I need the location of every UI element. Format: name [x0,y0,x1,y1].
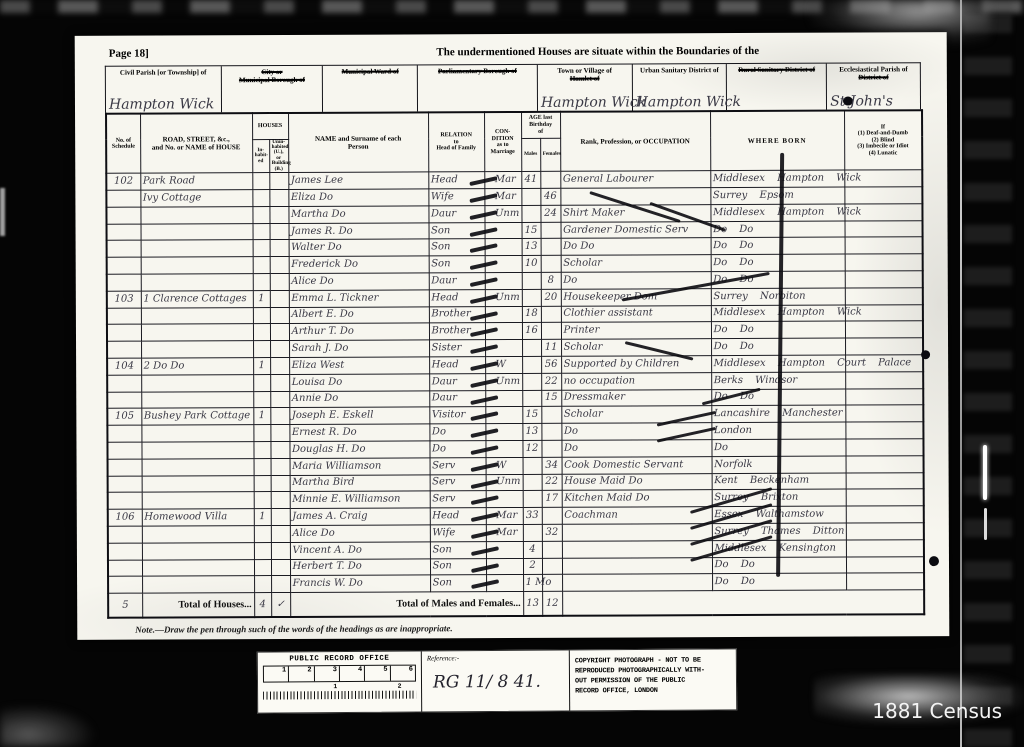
age-male-cell: 18 [522,306,541,323]
census-table: No. of Schedule ROAD, STREET, &c., and N… [105,109,925,618]
road-cell [141,374,253,391]
inhabited-cell [253,223,270,240]
col-header-females: Females [540,138,560,172]
born-cell: Middlesex Hampton Wick [710,170,844,187]
schedule-cell: 105 [107,408,141,425]
film-noise-bottom-left [0,705,95,747]
infirm-cell [846,556,924,573]
condition-cell: Unm [485,373,522,390]
age-male-cell [521,188,540,205]
occupation-cell: Do [561,272,711,289]
total-houses-label: Total of Houses... [142,593,254,617]
col-header-occupation: Rank, Profession, or OCCUPATION [560,111,710,171]
condition-cell [485,256,522,273]
inhabited-cell [252,173,269,190]
name-cell: Albert E. Do [289,306,429,323]
age-female-cell: 22 [541,373,561,390]
total-houses-value: 4 [254,593,271,617]
occupation-cell: Coachman [562,507,712,524]
age-male-cell [522,340,541,357]
born-cell: Kent Beckenham [712,473,846,490]
uninhabited-cell [270,391,289,408]
age-male-cell: 33 [523,508,542,525]
condition-cell [485,323,522,340]
inhabited-cell [252,206,269,223]
inch-mark: 4 [340,666,365,681]
inhabited-cell: 1 [253,408,270,425]
born-cell: Surrey Epsom [710,187,844,204]
film-frame: Page 18] The undermentioned Houses are s… [0,0,1024,747]
age-male-cell: 4 [523,541,542,558]
schedule-cell [107,325,141,342]
age-female-cell [541,323,561,340]
condition-cell [485,424,522,441]
condition-cell [486,558,523,575]
occupation-cell [562,540,712,557]
inch-scale: 1 2 3 4 5 6 [263,665,416,683]
ink-blot [929,556,939,566]
occupation-cell: Shirt Maker [560,204,710,221]
age-male-cell: 13 [522,239,541,256]
uninhabited-cell [270,290,289,307]
infirm-cell [846,573,924,590]
name-cell: Maria Williamson [290,458,430,475]
occupation-cell: Gardener Domestic Serv [561,221,711,238]
schedule-cell [107,341,141,358]
schedule-cell [106,190,140,207]
name-cell: James R. Do [289,222,429,239]
road-cell [141,240,253,257]
name-cell: Minnie E. Williamson [290,491,430,508]
page-title: The undermentioned Houses are situate wi… [105,44,921,60]
road-cell [142,458,254,475]
age-female-cell [541,423,561,440]
name-cell: Vincent A. Do [290,542,430,559]
infirm-cell [845,220,923,237]
schedule-cell: 102 [106,173,140,190]
infirm-cell [846,489,924,506]
name-cell: Louisa Do [289,374,429,391]
film-scratch [0,188,5,236]
col-header-uninhabited: Unin- habited (U.), or Building (B.) [269,139,288,173]
name-cell: Eliza Do [288,189,428,206]
civil-parish-box: Civil Parish [or Township] of Hampton Wi… [106,66,222,113]
occupation-cell: Dressmaker [561,389,711,406]
road-cell: Park Road [140,173,252,190]
road-cell [141,223,253,240]
inhabited-cell [254,526,271,543]
born-cell: Middlesex Hampton Court Palace [711,355,845,372]
born-cell: Do Do [711,237,845,254]
schedule-cell [106,207,140,224]
pro-reference-section: Reference:- RG 11/ 8 41. [422,650,570,711]
occupation-cell: House Maid Do [562,473,712,490]
totals-blank [562,590,924,616]
col-header-born: WHERE BORN [710,111,844,171]
road-cell [141,324,253,341]
condition-cell [485,306,522,323]
age-male-cell [521,205,540,222]
uninhabited-cell [271,492,290,509]
infirm-cell [845,254,923,271]
age-male-cell: 2 [523,558,542,575]
occupation-cell: Supported by Children [561,356,711,373]
reference-label: Reference:- [427,654,564,663]
road-cell: Bushey Park Cottage [141,408,253,425]
road-cell [142,559,254,576]
born-cell: Middlesex Hampton Wick [711,305,845,322]
age-female-cell: 15 [541,390,561,407]
road-cell [141,307,253,324]
parliamentary-borough-box: Parliamentary Borough of [418,65,538,112]
occupation-cell: General Labourer [560,171,710,188]
born-cell: Norfolk [712,456,846,473]
inhabited-cell [254,542,271,559]
town-village-box: Town or Village of Hamlet of Hampton Wic… [538,64,633,110]
name-cell: Martha Bird [290,474,430,491]
occupation-cell [562,574,712,591]
schedule-cell [108,560,142,577]
uninhabited-cell [270,441,289,458]
municipal-ward-box: Municipal Ward of [323,65,418,111]
road-cell [142,542,254,559]
infirm-cell [845,271,923,288]
municipal-ward-label: Municipal Ward of [323,67,417,75]
age-female-cell [542,558,562,575]
infirm-cell [845,237,923,254]
age-male-cell [522,289,541,306]
municipal-borough-box: City or Municipal Borough of [222,66,324,112]
road-cell [141,425,253,442]
condition-cell: Mar [486,508,523,525]
infirm-cell [845,388,923,405]
schedule-cell [108,459,142,476]
reference-value: RG 11/ 8 41. [433,672,564,693]
inhabited-cell [254,475,271,492]
inhabited-cell [253,442,270,459]
road-cell [141,341,253,358]
age-female-cell: 24 [540,205,560,222]
condition-cell [486,491,523,508]
civil-parish-value: Hampton Wick [109,96,214,112]
pro-ruler-section: PUBLIC RECORD OFFICE 1 2 3 4 5 6 1 2 [258,652,422,713]
road-cell [142,492,254,509]
inhabited-cell [254,576,271,593]
infirm-cell [845,371,923,388]
inhabited-cell [253,257,270,274]
uninhabited-cell [271,559,290,576]
totals-row: 5 Total of Houses... 4 ✓ Total of Males … [108,590,924,618]
pro-stamp: PUBLIC RECORD OFFICE 1 2 3 4 5 6 1 2 Ref… [257,648,737,713]
condition-cell: Unm [485,289,522,306]
age-male-cell: 1 Mo [523,575,542,592]
age-male-cell [522,373,541,390]
occupation-cell: Do [561,423,711,440]
occupation-cell [562,557,712,574]
infirm-cell [846,523,924,540]
infirm-cell [845,338,923,355]
condition-cell [485,340,522,357]
inhabited-cell: 1 [253,290,270,307]
born-cell: Middlesex Kensington [712,540,846,557]
condition-cell: Mar [484,172,521,189]
uninhabited-cell [270,341,289,358]
age-female-cell [540,172,560,189]
inhabited-cell [253,341,270,358]
age-male-cell: 10 [522,256,541,273]
age-female-cell: 8 [541,272,561,289]
road-cell [141,274,253,291]
occupation-cell: Do Do [561,238,711,255]
uninhabited-cell [271,475,290,492]
cm-ticks [263,691,416,700]
schedule-cell: 104 [107,358,141,375]
urban-sanitary-value: Hampton Wick [636,94,741,110]
schedule-cell [107,425,141,442]
footnote: Note.—Draw the pen through such of the w… [135,621,923,634]
uninhabited-cell [270,240,289,257]
uninhabited-cell [271,542,290,559]
born-cell: Lancashire Manchester [711,405,845,422]
film-noise-top [0,0,1024,13]
born-cell: Do Do [711,271,845,288]
cm-mark: 2 [398,683,402,690]
infirm-cell [845,405,923,422]
col-header-males: Males [521,138,540,172]
col-header-infirm: If (1) Deaf-and-Dumb (2) Blind (3) Imbec… [844,110,922,170]
inhabited-cell [253,391,270,408]
road-cell [140,206,252,223]
civil-parish-label: Civil Parish [or Township] of [106,68,221,77]
col-header-name: NAME and Surname of each Person [288,112,428,172]
inhabited-cell [254,458,271,475]
occupation-cell: no occupation [561,372,711,389]
born-cell: Surrey Thames Ditton [712,523,846,540]
col-header-condition: CON- DITION as to Marriage [484,112,521,172]
film-scratch [983,445,987,500]
rural-sanitary-box: Rural Sanitary District of [727,64,827,110]
occupation-cell: Housekeeper Dom [561,288,711,305]
infirm-cell [845,439,923,456]
age-female-cell [542,541,562,558]
age-male-cell [523,524,542,541]
age-male-cell [522,272,541,289]
age-male-cell: 15 [522,222,541,239]
name-cell: Sarah J. Do [289,340,429,357]
road-cell: 1 Clarence Cottages [141,290,253,307]
born-cell: Surrey Brixton [712,489,846,506]
col-header-inhabited: In- habit- ed [252,139,269,173]
name-cell: Francis W. Do [290,575,430,592]
schedule-cell [108,543,142,560]
film-scratch [984,508,987,540]
uninhabited-cell [271,509,290,526]
col-header-schedule: No. of Schedule [106,114,140,174]
age-female-cell: 34 [542,457,562,474]
infirm-cell [845,321,923,338]
road-cell: 2 Do Do [141,358,253,375]
condition-cell [486,541,523,558]
ecclesiastical-parish-value: St John's [830,93,893,109]
uninhabited-cell [270,324,289,341]
occupation-cell [560,188,710,205]
film-caption: 1881 Census [872,699,1002,723]
condition-cell [485,239,522,256]
condition-cell [485,440,522,457]
col-header-relation: RELATION to Head of Family [428,112,484,172]
occupation-cell: Printer [561,322,711,339]
name-cell: James Lee [288,172,428,189]
born-cell: Berks Windsor [711,372,845,389]
uninhabited-cell [270,357,289,374]
condition-cell [486,575,523,592]
col-header-houses: HOUSES [252,113,288,139]
age-female-cell: 17 [542,491,562,508]
born-cell: Do Do [711,338,845,355]
inhabited-cell [254,492,271,509]
age-female-cell: 11 [541,339,561,356]
infirm-cell [844,187,922,204]
occupation-cell: Kitchen Maid Do [562,490,712,507]
inhabited-cell [253,274,270,291]
condition-cell: W [486,457,523,474]
pro-office-title: PUBLIC RECORD OFFICE [263,655,416,664]
name-cell: Joseph E. Eskell [289,407,429,424]
condition-cell: W [485,356,522,373]
schedule-cell [107,442,141,459]
age-female-cell: 46 [540,188,560,205]
schedule-cell [108,476,142,493]
total-check: ✓ [271,593,290,617]
schedule-cell [107,224,141,241]
inhabited-cell [252,190,269,207]
occupation-cell: Cook Domestic Servant [562,456,712,473]
film-edge-strip [964,0,1012,747]
name-cell: Frederick Do [289,256,429,273]
inch-mark: 3 [315,666,340,681]
age-female-cell [542,507,562,524]
age-female-cell [541,407,561,424]
uninhabited-cell [271,458,290,475]
condition-cell [485,390,522,407]
uninhabited-cell [271,525,290,542]
age-female-cell [541,255,561,272]
condition-cell [485,272,522,289]
road-cell [141,442,253,459]
name-cell: Eliza West [289,357,429,374]
schedule-cell [107,241,141,258]
inch-mark: 1 [264,666,289,681]
urban-sanitary-label: Urban Sanitary District of [633,66,727,74]
condition-cell: Unm [484,205,521,222]
uninhabited-cell [270,273,289,290]
schedule-cell [107,308,141,325]
occupation-cell [562,524,712,541]
born-cell: Middlesex Hampton Wick [710,204,844,221]
name-cell: Annie Do [289,390,429,407]
age-male-cell: 13 [522,424,541,441]
age-male-cell [523,457,542,474]
schedule-cell [107,375,141,392]
district-header-row: Civil Parish [or Township] of Hampton Wi… [105,62,921,113]
born-cell: Do Do [711,321,845,338]
schedule-cell [108,576,142,593]
schedule-cell [107,257,141,274]
total-males-value: 13 [523,592,542,616]
born-cell: Do Do [711,254,845,271]
occupation-cell: Clothier assistant [561,305,711,322]
age-female-cell: 22 [542,474,562,491]
uninhabited-cell [270,425,289,442]
name-cell: Alice Do [289,273,429,290]
name-cell: Douglas H. Do [289,441,429,458]
uninhabited-cell [270,223,289,240]
col-header-age: AGE last Birthday of [521,112,560,138]
age-male-cell [522,356,541,373]
rural-sanitary-label: Rural Sanitary District of [727,66,826,74]
age-female-cell [541,306,561,323]
infirm-cell [846,539,924,556]
age-female-cell [541,239,561,256]
name-cell: James A. Craig [290,508,430,525]
name-cell: Herbert T. Do [290,558,430,575]
uninhabited-cell [269,189,288,206]
born-cell: Do Do [711,221,845,238]
born-cell: London [711,422,845,439]
census-form: Page 18] The undermentioned Houses are s… [105,42,924,634]
uninhabited-cell [270,307,289,324]
infirm-cell [846,506,924,523]
schedule-cell: 106 [108,509,142,526]
schedule-total: 5 [108,593,142,617]
road-cell [141,391,253,408]
age-male-cell: 16 [522,323,541,340]
name-cell: Ernest R. Do [289,424,429,441]
form-top-line: Page 18] The undermentioned Houses are s… [105,42,921,66]
road-cell: Ivy Cottage [140,190,252,207]
cm-mark: 1 [333,683,337,690]
infirm-cell [845,422,923,439]
condition-cell [485,407,522,424]
occupation-cell: Do [561,440,711,457]
inhabited-cell [253,425,270,442]
inhabited-cell [253,374,270,391]
inhabited-cell [254,559,271,576]
age-female-cell: 32 [542,524,562,541]
inhabited-cell [253,240,270,257]
total-persons-label: Total of Males and Females... [290,592,523,617]
age-male-cell [523,474,542,491]
occupation-cell: Scholar [561,339,711,356]
uninhabited-cell [269,206,288,223]
condition-cell: Mar [484,188,521,205]
age-female-cell: 56 [541,356,561,373]
age-female-cell [541,222,561,239]
inhabited-cell: 1 [253,358,270,375]
ecclesiastical-parish-label: Ecclesiastical Parish of [827,65,920,73]
film-edge-line [960,0,962,747]
age-male-cell: 41 [521,172,540,189]
schedule-cell [108,492,142,509]
schedule-cell: 103 [107,291,141,308]
name-cell: Martha Do [288,206,428,223]
infirm-cell [846,455,924,472]
inch-mark: 6 [391,666,415,681]
born-cell: Essex Walthamstow [712,506,846,523]
schedule-cell [108,526,142,543]
road-cell [142,576,254,593]
uninhabited-cell [269,173,288,190]
